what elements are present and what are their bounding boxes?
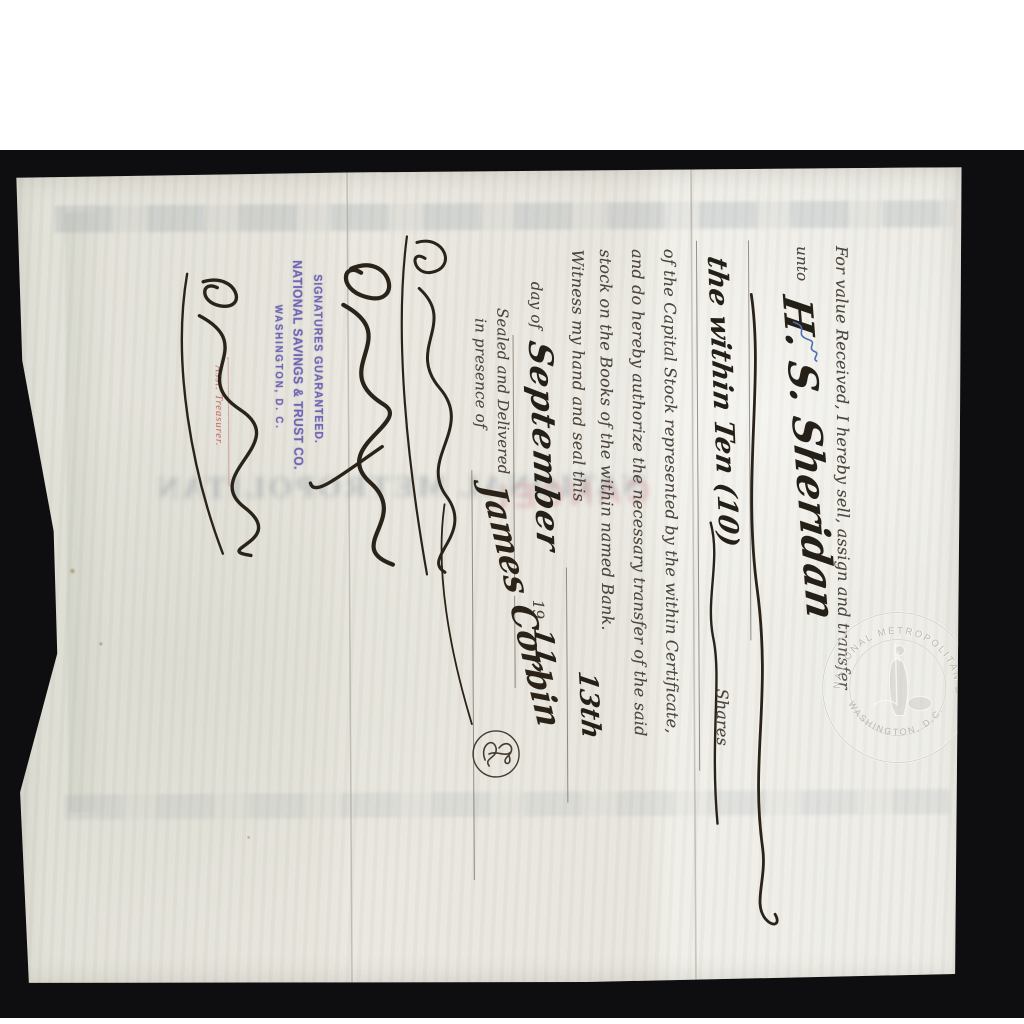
black-backdrop: NATIONAL METROPOLITAN CANCEL For value R… — [0, 150, 1024, 1018]
form-line-4: of the Capital Stock represented by the … — [660, 249, 682, 734]
shares-dash-flourish — [701, 519, 727, 839]
certificate-paper-back: NATIONAL METROPOLITAN CANCEL For value R… — [13, 167, 968, 988]
guarantee-stamp-line-1: SIGNATURES GUARANTEED. — [311, 274, 324, 443]
day-handwritten: 13th — [572, 669, 606, 741]
form-line-6: stock on the Books of the within named B… — [596, 249, 617, 630]
monogram-doodle — [469, 728, 523, 780]
witness-signature-rule — [471, 470, 475, 880]
transfer-form-rotated: For value Received, I hereby sell, assig… — [13, 167, 968, 988]
officer-signature-flourish — [173, 263, 285, 564]
blue-ink-annotation — [787, 318, 821, 364]
day-rule — [566, 568, 568, 803]
day-of-label: day of — [527, 282, 545, 330]
in-presence-label: in presence of — [471, 318, 490, 429]
sealed-delivered-label: Sealed and Delivered — [493, 308, 512, 475]
guarantee-stamp-line-2: NATIONAL SAVINGS & TRUST CO. — [290, 260, 306, 470]
embossed-seal: NATIONAL METROPOLITAN BANK NATIONAL METR… — [817, 607, 967, 768]
form-unto-label: unto — [793, 246, 811, 281]
shares-label: Shares — [713, 689, 732, 746]
witness-clause: Witness my hand and seal this — [568, 249, 589, 501]
month-handwritten: September — [521, 338, 569, 555]
form-line-5: and do hereby authorize the necessary tr… — [628, 249, 650, 737]
photo-of-certificate: NATIONAL METROPOLITAN CANCEL For value R… — [0, 0, 1024, 1024]
shares-line-rule — [696, 241, 700, 771]
